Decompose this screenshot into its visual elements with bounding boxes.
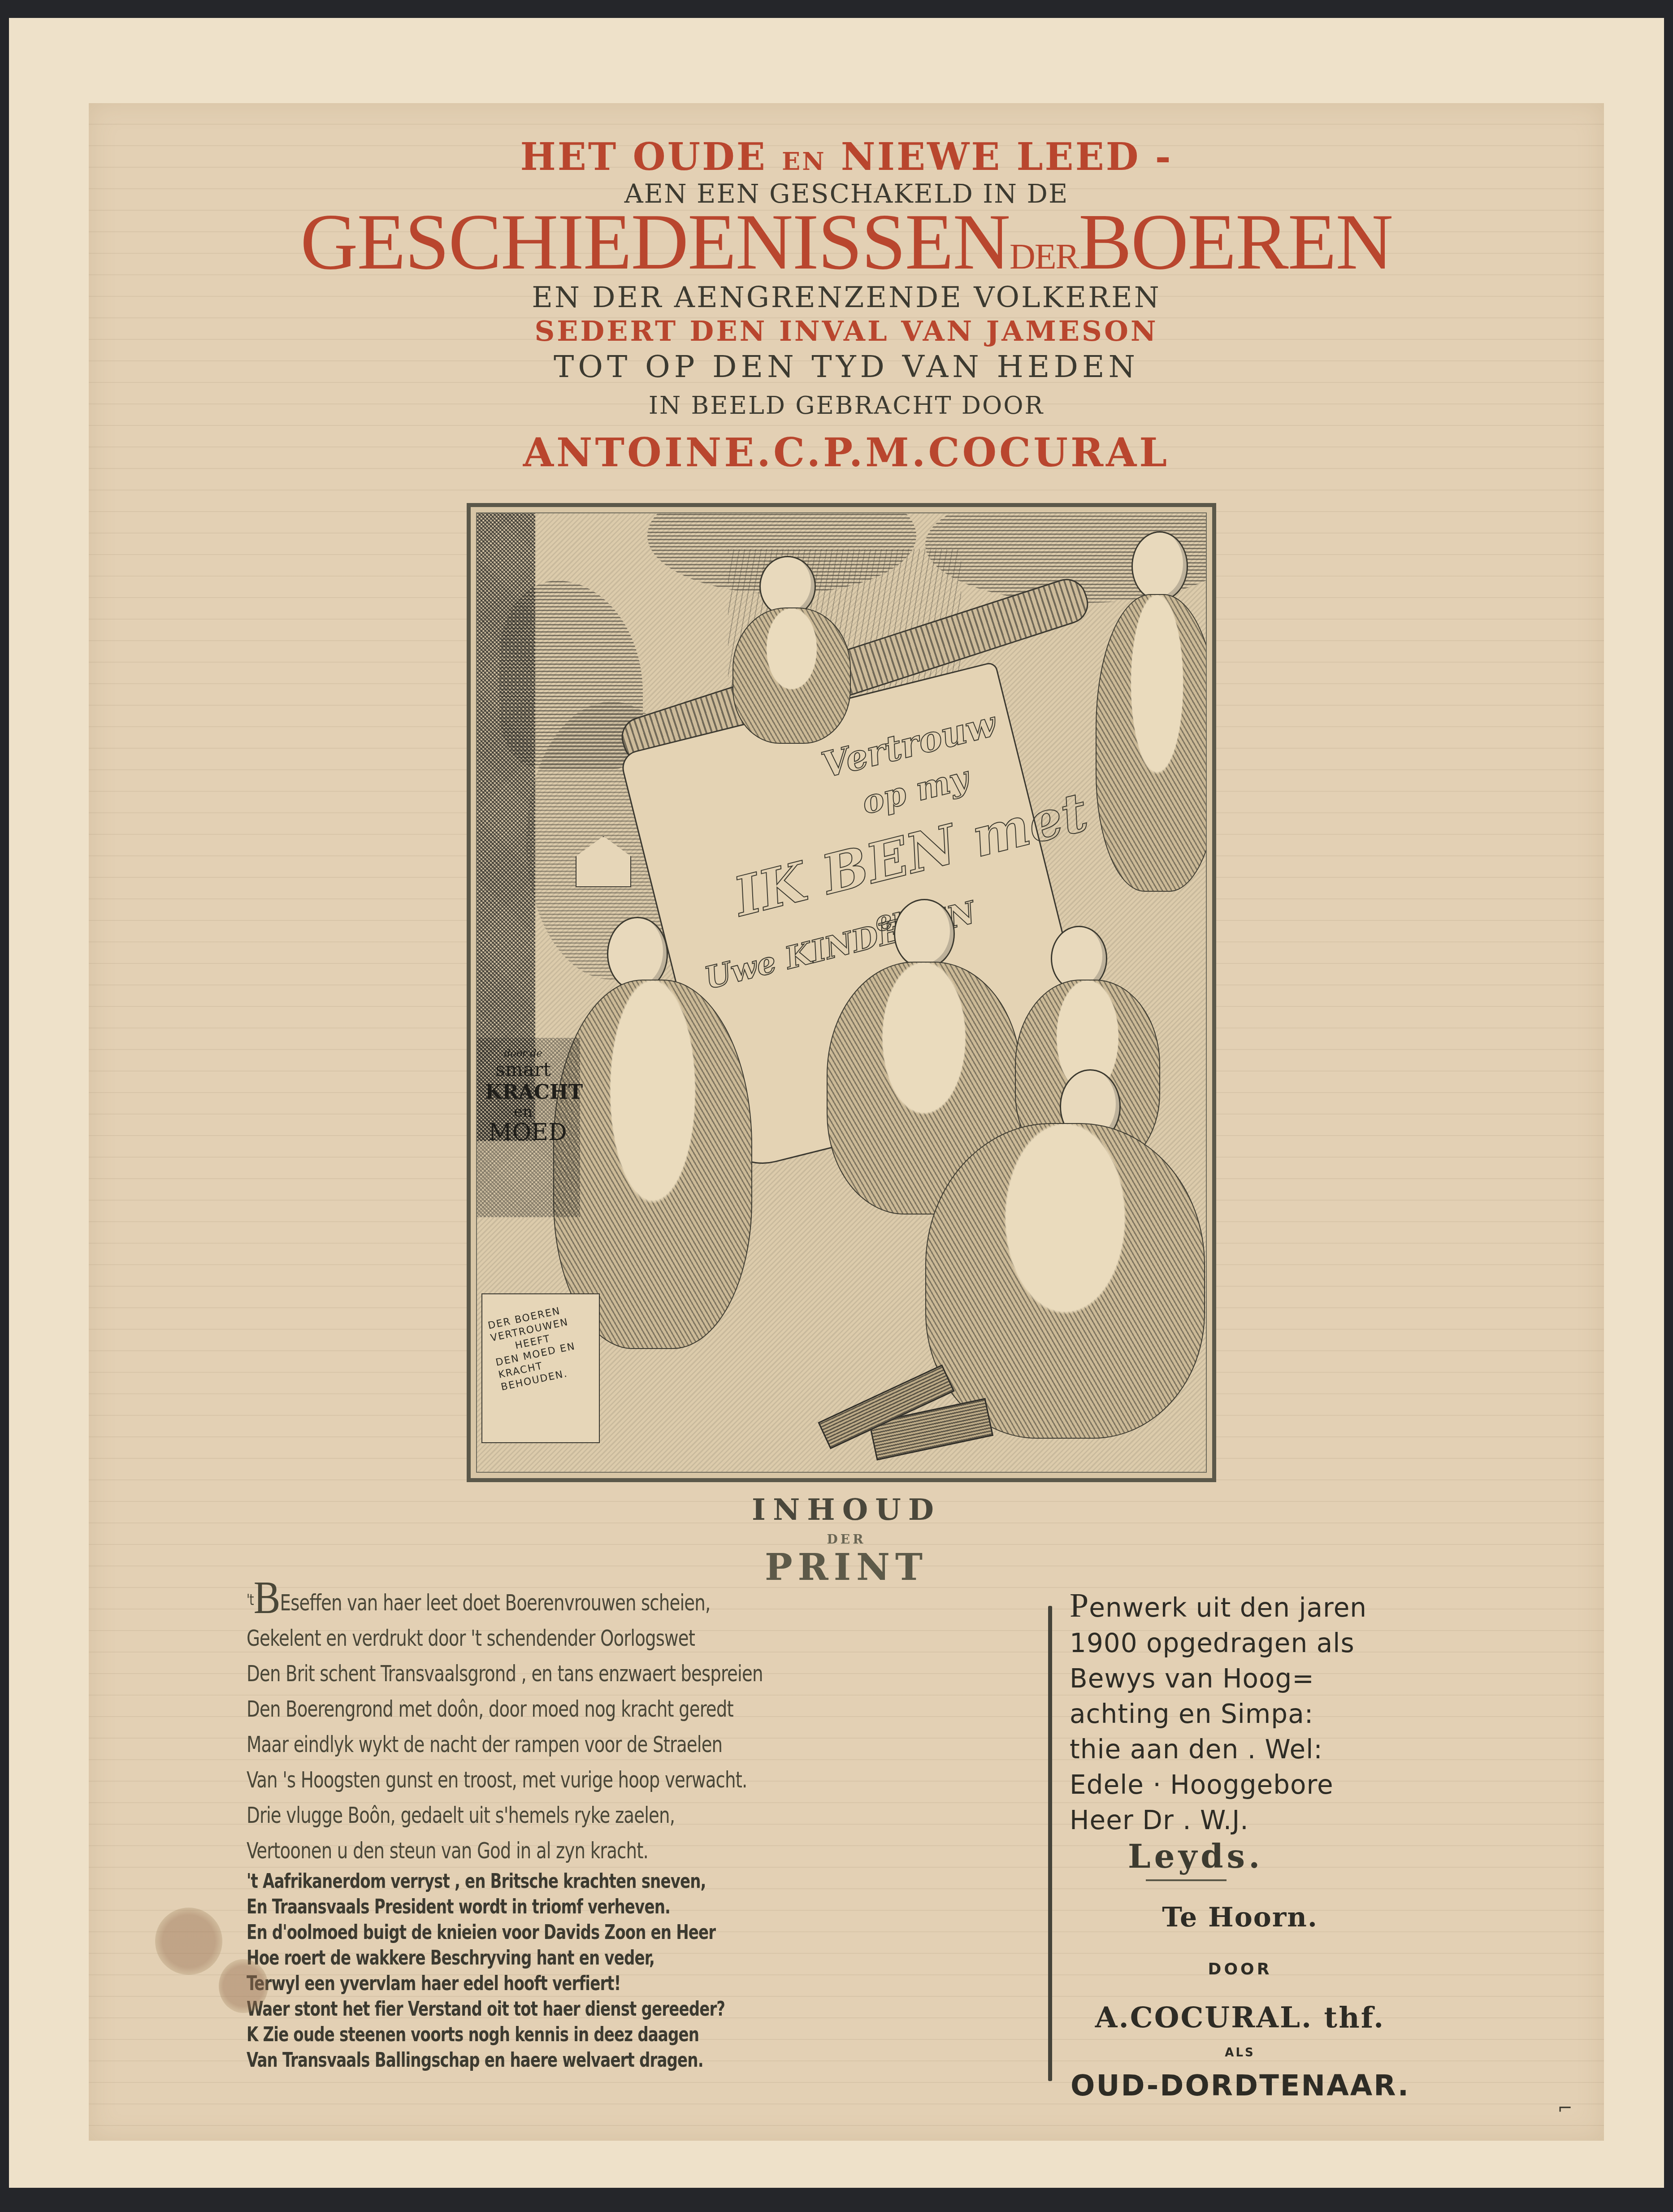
signer-name: A.COCURAL. thf. <box>1070 2001 1410 2034</box>
underline-rule <box>1146 1879 1227 1881</box>
plaque-moed: MOED <box>485 1121 570 1144</box>
main-title-der: DER <box>1010 237 1079 277</box>
title-niewe-leed: NIEWE LEED - <box>841 134 1173 179</box>
water-stain <box>155 1908 222 1975</box>
dedication-line: achting en Simpa: <box>1070 1696 1428 1732</box>
writing-muse <box>925 1123 1205 1439</box>
contents-heading: INHOUD <box>89 1495 1604 1524</box>
poem-line: Van 's Hoogsten gunst en troost, met vur… <box>247 1762 941 1798</box>
poem-line: Maar eindlyk wykt de nacht der rampen vo… <box>247 1727 941 1762</box>
author-name: ANTOINE.C.P.M.COCURAL <box>89 433 1604 472</box>
plaque-en: en <box>485 1104 561 1119</box>
pencil-mark: ⌐ <box>1557 2098 1573 2119</box>
poem-line: Vertoonen u den steun van God in al zyn … <box>247 1833 941 1869</box>
subtitle-tyd-van-heden: TOT OP DEN TYD VAN HEDEN <box>89 352 1604 382</box>
subtitle-jameson: SEDERT DEN INVAL VAN JAMESON <box>89 317 1604 345</box>
signer-origin: OUD-DORDTENAAR. <box>1070 2069 1428 2103</box>
title-het-oude: HET OUDE <box>520 134 767 179</box>
cherub-holding-scroll <box>732 607 851 744</box>
poem-line: En Traansvaals President wordt in triomf… <box>247 1894 941 1920</box>
contents-heading-der: DER <box>89 1533 1604 1546</box>
title-en: EN <box>782 147 826 176</box>
angel-head-top-right <box>1131 531 1188 601</box>
main-title-boeren: BOEREN <box>1079 197 1392 286</box>
angel-unrolling-scroll <box>1096 594 1207 892</box>
main-title-geschiedenissen: GESCHIEDENISSEN <box>300 197 1010 286</box>
dedication-line: thie aan den . Wel: <box>1070 1732 1428 1767</box>
dedication-line: Heer Dr . W.J. <box>1070 1803 1428 1838</box>
dedication-block: Penwerk uit den jaren 1900 opgedragen al… <box>1070 1588 1428 2103</box>
water-stain <box>219 1959 268 2013</box>
poem-line: Terwyl een yvervlam haer edel hooft verf… <box>247 1971 941 1996</box>
dedication-line: Bewys van Hoog= <box>1070 1661 1428 1696</box>
dedication-line: Penwerk uit den jaren <box>1070 1588 1428 1626</box>
dedication-line: 1900 opgedragen als <box>1070 1626 1428 1661</box>
plaque-door-de: door de <box>485 1049 561 1059</box>
plaque-smart: smart <box>485 1060 561 1079</box>
contents-heading-print: PRINT <box>89 1549 1604 1586</box>
engraving-plate: Vertrouw op my IK BEN met U en Uwe KINDE… <box>476 512 1207 1473</box>
poem-line: Gekelent en verdrukt door 't schendender… <box>247 1621 941 1656</box>
dedication-line: Edele · Hooggebore <box>1070 1767 1428 1803</box>
as-als: ALS <box>1070 2046 1410 2060</box>
place-te-hoorn: Te Hoorn. <box>1070 1902 1410 1933</box>
poem-line: K Zie oude steenen voorts nogh kennis in… <box>247 2022 941 2047</box>
poem-line: Hoe roert de wakkere Beschryving hant en… <box>247 1945 941 1971</box>
poem-line: 't Aafrikanerdom verryst , en Britsche k… <box>247 1869 941 1894</box>
title-page-sheet: HET OUDE EN NIEWE LEED - AEN EEN GESCHAK… <box>89 103 1604 2141</box>
by-door: DOOR <box>1070 1960 1410 1978</box>
poem: 'tBEseffen van haer leet doet Boerenvrou… <box>247 1583 1053 2073</box>
plaque-kracht: KRACHT <box>485 1083 570 1102</box>
allegorical-engraving: Vertrouw op my IK BEN met U en Uwe KINDE… <box>467 503 1216 1482</box>
column-divider <box>1048 1606 1052 2081</box>
subtitle-volkeren: EN DER AENGRENZENDE VOLKEREN <box>89 283 1604 312</box>
poem-line: 'tBEseffen van haer leet doet Boerenvrou… <box>247 1583 941 1621</box>
dedicatee-name: Leyds. <box>1070 1838 1428 1875</box>
poem-line: Waer stont het fier Verstand oit tot hae… <box>247 1996 941 2022</box>
poem-dropcap: B <box>254 1572 280 1623</box>
subtitle-in-beeld: IN BEELD GEBRACHT DOOR <box>89 394 1604 418</box>
poem-line: Den Brit schent Transvaalsgrond , en tan… <box>247 1656 941 1692</box>
poem-line: Van Transvaals Ballingschap en haere wel… <box>247 2047 941 2073</box>
poem-line: Den Boerengrond met doôn, door moed nog … <box>247 1692 941 1727</box>
poem-line: En d'oolmoed buigt de knieien voor David… <box>247 1920 941 1945</box>
poem-line: Drie vlugge Boôn, gedaelt uit s'hemels r… <box>247 1798 941 1833</box>
mount-board: HET OUDE EN NIEWE LEED - AEN EEN GESCHAK… <box>9 18 1664 2188</box>
main-title: GESCHIEDENISSENDERBOEREN <box>89 202 1604 282</box>
title-line-leed: HET OUDE EN NIEWE LEED - <box>89 138 1604 176</box>
angel-head-center <box>894 899 955 969</box>
